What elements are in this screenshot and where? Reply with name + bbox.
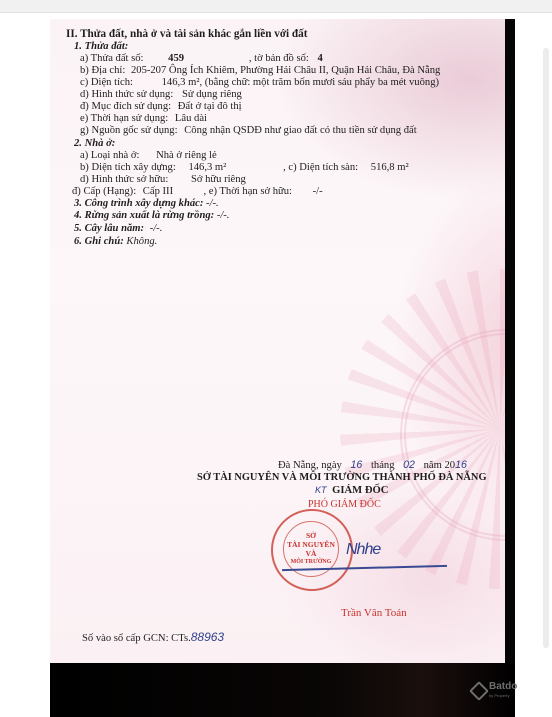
batdongsan-logo-icon (469, 681, 489, 701)
notes-label: 6. Ghi chú: (74, 236, 124, 247)
month-label: tháng (371, 460, 395, 471)
address-value: 205-207 Ông Ích Khiêm, Phường Hải Châu I… (131, 65, 440, 76)
land-address-row: b) Địa chỉ: 205-207 Ông Ích Khiêm, Phườn… (80, 65, 440, 77)
official-seal: SỞ TÀI NGUYÊN VÀ MÔI TRƯỜNG (271, 509, 353, 591)
seal-line: SỞ (284, 531, 338, 540)
director-line: KT GIÁM ĐỐC (315, 484, 388, 497)
issuing-authority: SỞ TÀI NGUYÊN VÀ MÔI TRƯỜNG THÀNH PHỐ ĐÀ… (197, 472, 487, 484)
grade-value: Cấp III (143, 186, 201, 198)
registry-label: Số vào sổ cấp GCN: CTs. (82, 633, 191, 644)
other-constructions-label: 3. Công trình xây dựng khác: (74, 198, 203, 209)
director-title: GIÁM ĐỐC (332, 485, 388, 496)
watermark-sub: by Property (489, 691, 517, 700)
purpose-value: Đất ở tại đô thị (178, 101, 242, 112)
bottom-dark-area (50, 663, 515, 717)
scrollbar[interactable] (543, 48, 549, 648)
purpose-label: đ) Mục đích sử dụng: (80, 101, 171, 112)
seal-line: MÔI TRƯỜNG (284, 558, 338, 567)
house-area-row: b) Diện tích xây dựng: 146,3 m² , c) Diệ… (80, 162, 409, 174)
house-type-value: Nhà ở riêng lẻ (156, 150, 217, 161)
origin-value: Công nhận QSDĐ như giao đất có thu tiền … (184, 125, 416, 136)
date-month: 02 (403, 459, 415, 471)
section-title: II. Thửa đất, nhà ở và tài sản khác gắn … (66, 28, 307, 40)
building-area-label: b) Diện tích xây dựng: (80, 162, 176, 173)
house-heading: 2. Nhà ở: (74, 138, 115, 150)
planted-forest-row: 4. Rừng sản xuất là rừng trồng: -/-. (74, 210, 229, 222)
land-purpose-row: đ) Mục đích sử dụng: Đất ở tại đô thị (80, 101, 242, 113)
term-value: Lâu dài (175, 113, 207, 124)
other-constructions-row: 3. Công trình xây dựng khác: -/-. (74, 198, 219, 210)
map-sheet-label: , tờ bản đồ số: (249, 53, 309, 64)
planted-forest-value: -/-. (217, 210, 230, 221)
date-year-suffix: 16 (455, 459, 467, 471)
house-grade-row: đ) Cấp (Hạng): Cấp III , e) Thời hạn sở … (72, 186, 323, 198)
floor-area-label: , c) Diện tích sàn: (283, 162, 358, 173)
building-area-value: 146,3 m² (188, 162, 280, 174)
ownership-term-value: -/- (313, 186, 323, 197)
notes-row: 6. Ghi chú: Không. (74, 236, 157, 248)
watermark: Batdo by Property (472, 682, 517, 700)
parcel-number: 459 (168, 53, 246, 65)
land-heading: 1. Thửa đất: (74, 41, 128, 53)
map-sheet-number: 4 (318, 53, 323, 64)
certificate-page-image: II. Thửa đất, nhà ở và tài sản khác gắn … (50, 19, 505, 663)
notes-value: Không. (126, 236, 157, 247)
land-term-row: e) Thời hạn sử dụng: Lâu dài (80, 113, 207, 125)
house-type-label: a) Loại nhà ở: (80, 150, 139, 161)
land-area-row: c) Diện tích: 146,3 m², (bằng chữ: một t… (80, 77, 439, 89)
ownership-label: d) Hình thức sở hữu: (80, 174, 168, 185)
kt-mark: KT (315, 485, 327, 495)
address-label: b) Địa chỉ: (80, 65, 125, 76)
signer-name: Trần Văn Toán (341, 607, 407, 619)
floor-area-value: 516,8 m² (371, 162, 409, 173)
house-type-row: a) Loại nhà ở: Nhà ở riêng lẻ (80, 150, 217, 162)
seal-line: VÀ (284, 549, 338, 558)
area-label: c) Diện tích: (80, 77, 133, 88)
usage-form-value: Sử dụng riêng (182, 89, 242, 100)
ownership-term-label: , e) Thời hạn sở hữu: (203, 186, 292, 197)
registry-number: 88963 (191, 630, 224, 644)
registry-line: Số vào sổ cấp GCN: CTs.88963 (82, 631, 224, 645)
handwritten-signature: Nhhe (346, 544, 406, 562)
usage-form-label: d) Hình thức sử dụng: (80, 89, 173, 100)
other-constructions-value: -/-. (206, 198, 219, 209)
date-day: 16 (351, 459, 363, 471)
perennial-trees-value: -/-. (150, 223, 163, 234)
watermark-name: Batdo (489, 682, 517, 691)
place-date-prefix: Đà Nẵng, ngày (278, 460, 342, 471)
term-label: e) Thời hạn sử dụng: (80, 113, 168, 124)
perennial-trees-row: 5. Cây lâu năm: -/-. (74, 223, 162, 235)
house-ownership-row: d) Hình thức sở hữu: Sở hữu riêng (80, 174, 246, 186)
area-value: 146,3 m², (bằng chữ: một trăm bốn mươi s… (162, 77, 439, 88)
land-parcel-row: a) Thửa đất số: 459 , tờ bản đồ số: 4 (80, 53, 323, 65)
planted-forest-label: 4. Rừng sản xuất là rừng trồng: (74, 210, 214, 221)
origin-label: g) Nguồn gốc sử dụng: (80, 125, 178, 136)
grade-label: đ) Cấp (Hạng): (72, 186, 136, 197)
land-usage-form-row: d) Hình thức sử dụng: Sử dụng riêng (80, 89, 242, 101)
land-origin-row: g) Nguồn gốc sử dụng: Công nhận QSDĐ như… (80, 125, 417, 137)
seal-line: TÀI NGUYÊN (284, 540, 338, 549)
scan-edge-shadow (505, 19, 515, 664)
year-label: năm 20 (424, 460, 455, 471)
top-bar (0, 0, 552, 13)
perennial-trees-label: 5. Cây lâu năm: (74, 223, 144, 234)
parcel-label: a) Thửa đất số: (80, 53, 144, 64)
place-date-line: Đà Nẵng, ngày 16 tháng 02 năm 2016 (278, 459, 467, 472)
ownership-value: Sở hữu riêng (191, 174, 246, 185)
